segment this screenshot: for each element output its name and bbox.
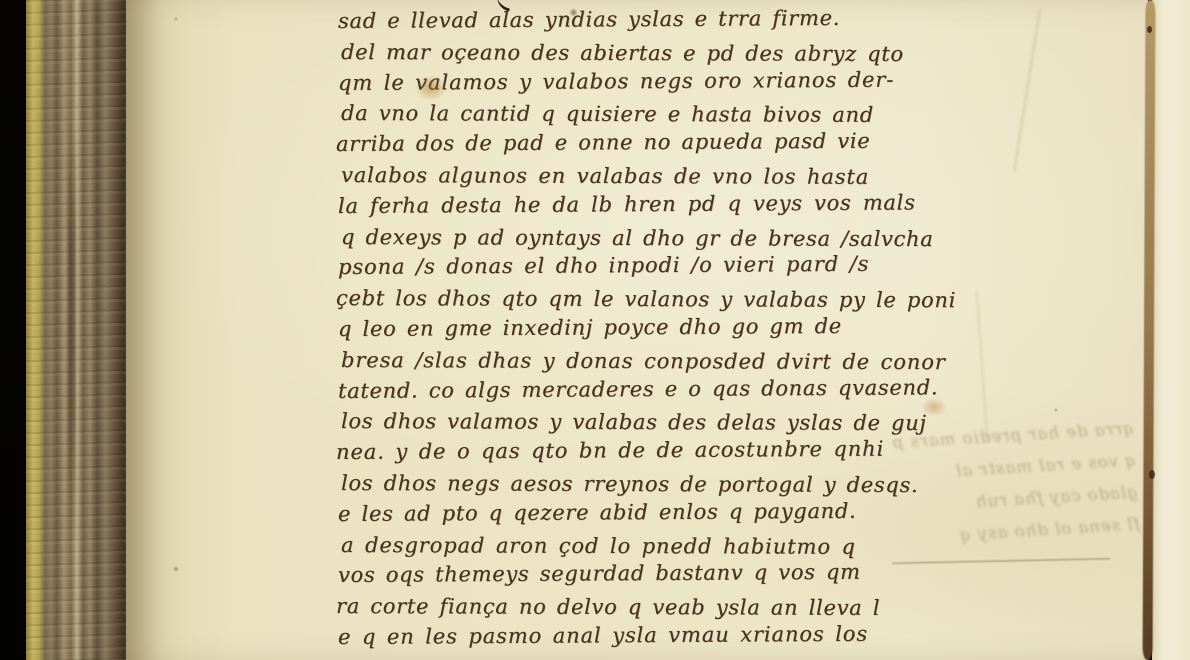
manuscript-line: tatend. co algs mercaderes e o qas donas… <box>338 372 916 406</box>
foxing-speck <box>569 8 578 17</box>
manuscript-line: psona /s donas el dho inpodi /o vieri pa… <box>338 249 916 283</box>
binding-streak <box>68 120 76 540</box>
ink-stain <box>416 76 446 100</box>
show-through-marginal-note: qrra de har predio mars p q vos e ral ma… <box>888 413 1140 556</box>
foxing-speck <box>174 17 178 21</box>
manuscript-line: e les ad pto q qezere abid enlos q payga… <box>338 495 916 529</box>
manuscript-photo: sad e llevad alas yndias yslas e trra fi… <box>0 0 1190 660</box>
foxing-speck <box>173 566 179 572</box>
paper-crease <box>976 290 988 440</box>
edge-speck <box>1149 470 1155 479</box>
paper-crease <box>1013 9 1041 172</box>
manuscript-line: e q en les pasmo anal ysla vmau xrianos … <box>338 618 916 652</box>
manuscript-line: arriba dos de pad e onne no apueda pasd … <box>336 126 916 160</box>
manuscript-page: sad e llevad alas yndias yslas e trra fi… <box>126 0 1148 660</box>
next-page-edge <box>1152 0 1190 660</box>
manuscript-line: vos oqs themeys segurdad bastanv q vos q… <box>338 557 916 591</box>
book-spine-page-edges <box>26 0 126 660</box>
edge-speck <box>1147 26 1152 33</box>
show-through-rule-line <box>892 558 1110 565</box>
manuscript-text-block: sad e llevad alas yndias yslas e trra fi… <box>338 6 916 653</box>
manuscript-line: q leo en gme inxedinj poyce dho go gm de <box>338 310 916 344</box>
foxing-stain <box>922 398 946 416</box>
manuscript-line: nea. y de o qas qto bn de de acostunbre … <box>336 434 916 468</box>
manuscript-line: la ferha desta he da lb hren pd q veys v… <box>338 187 916 221</box>
foxing-speck <box>1054 408 1058 412</box>
foxing-speck <box>656 447 661 452</box>
manuscript-line: sad e llevad alas yndias yslas e trra fi… <box>338 2 916 36</box>
